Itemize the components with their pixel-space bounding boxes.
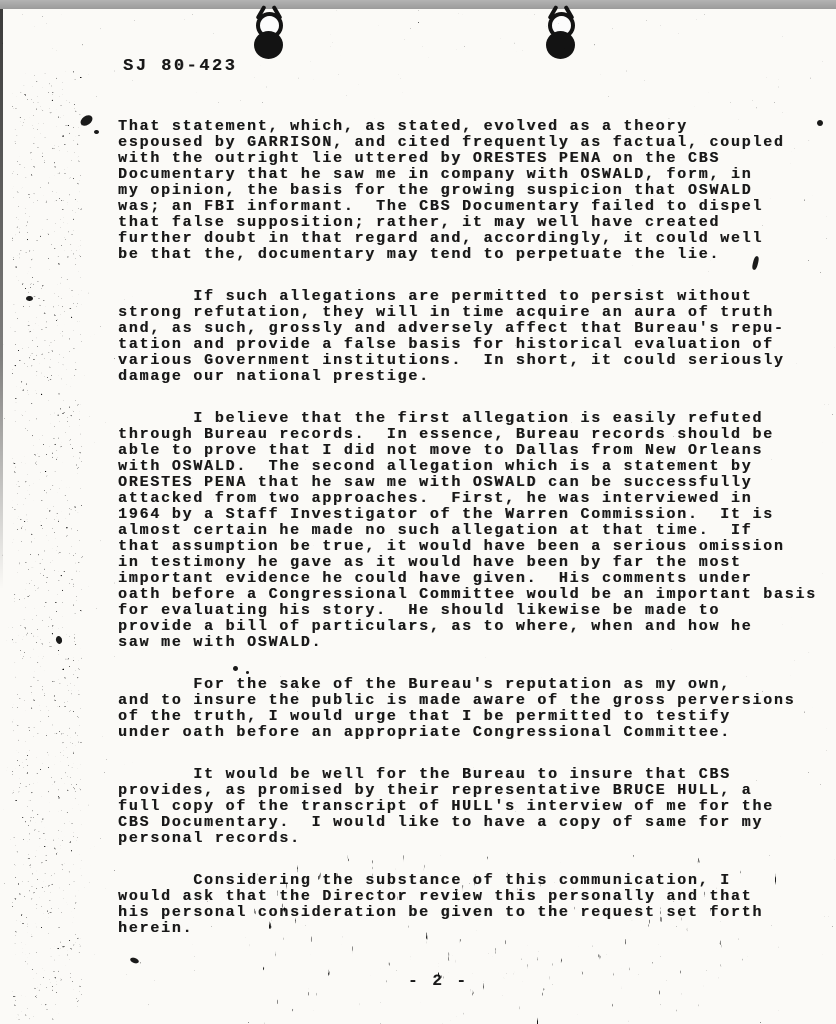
file-number: SJ 80-423 xyxy=(123,58,237,76)
paragraph-2: If such allegations are permitted to per… xyxy=(118,289,830,385)
paragraph-5: It would be well for the Bureau to insur… xyxy=(118,767,830,847)
ink-speck xyxy=(817,120,823,126)
paper-fastener-icon xyxy=(544,5,578,67)
page-number: - 2 - xyxy=(408,973,469,989)
document-body: That statement, which, as stated, evolve… xyxy=(118,119,830,963)
ink-speck xyxy=(55,635,63,644)
paragraph-3: I believe that the first allegation is e… xyxy=(118,411,830,651)
paragraph-4: For the sake of the Bureau's reputation … xyxy=(118,677,830,741)
scanned-document-page: SJ 80-423 That statement, which, as stat… xyxy=(0,0,836,1024)
fastener-head-icon xyxy=(254,31,283,59)
paragraph-6: Considering the substance of this commun… xyxy=(118,873,830,937)
ink-speck xyxy=(26,296,33,301)
scanner-edge-bar xyxy=(0,0,836,9)
paragraph-1: That statement, which, as stated, evolve… xyxy=(118,119,830,263)
fastener-head-icon xyxy=(546,31,575,59)
ink-speck xyxy=(79,113,95,128)
ink-speck xyxy=(94,130,99,134)
scan-edge-artifact xyxy=(0,9,3,589)
ink-speck xyxy=(233,666,238,671)
paper-fastener-icon xyxy=(252,5,286,67)
ink-speck xyxy=(246,671,249,674)
